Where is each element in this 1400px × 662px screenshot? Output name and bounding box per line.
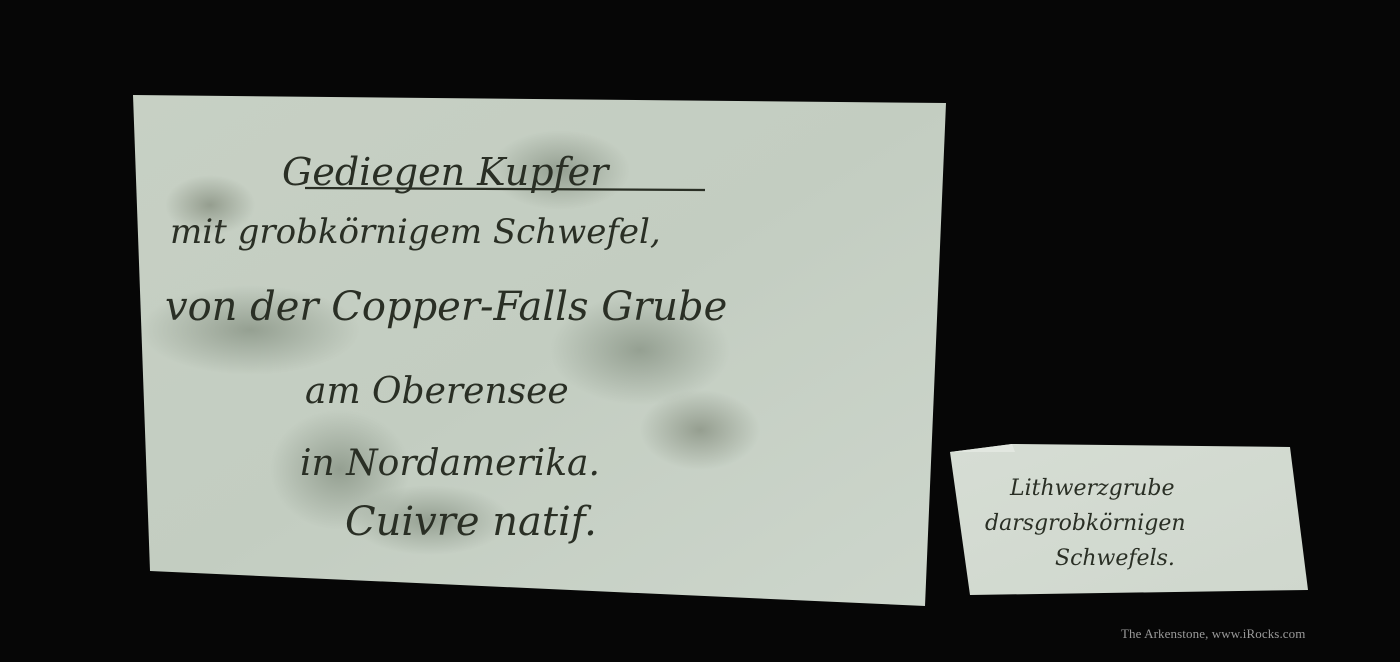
- small-label-line-2: darsgrobkörnigen: [985, 511, 1186, 536]
- small-label-line-3: Schwefels.: [1055, 546, 1175, 571]
- photo-background: Gediegen Kupfer mit grobkörnigem Schwefe…: [0, 0, 1400, 662]
- watermark-credit: The Arkenstone, www.iRocks.com: [1121, 626, 1306, 642]
- small-label-line-1: Lithwerzgrube: [1009, 476, 1174, 501]
- small-label-paper: Lithwerzgrube darsgrobkörnigen Schwefels…: [0, 0, 1400, 662]
- small-specimen-label: Lithwerzgrube darsgrobkörnigen Schwefels…: [0, 0, 1400, 662]
